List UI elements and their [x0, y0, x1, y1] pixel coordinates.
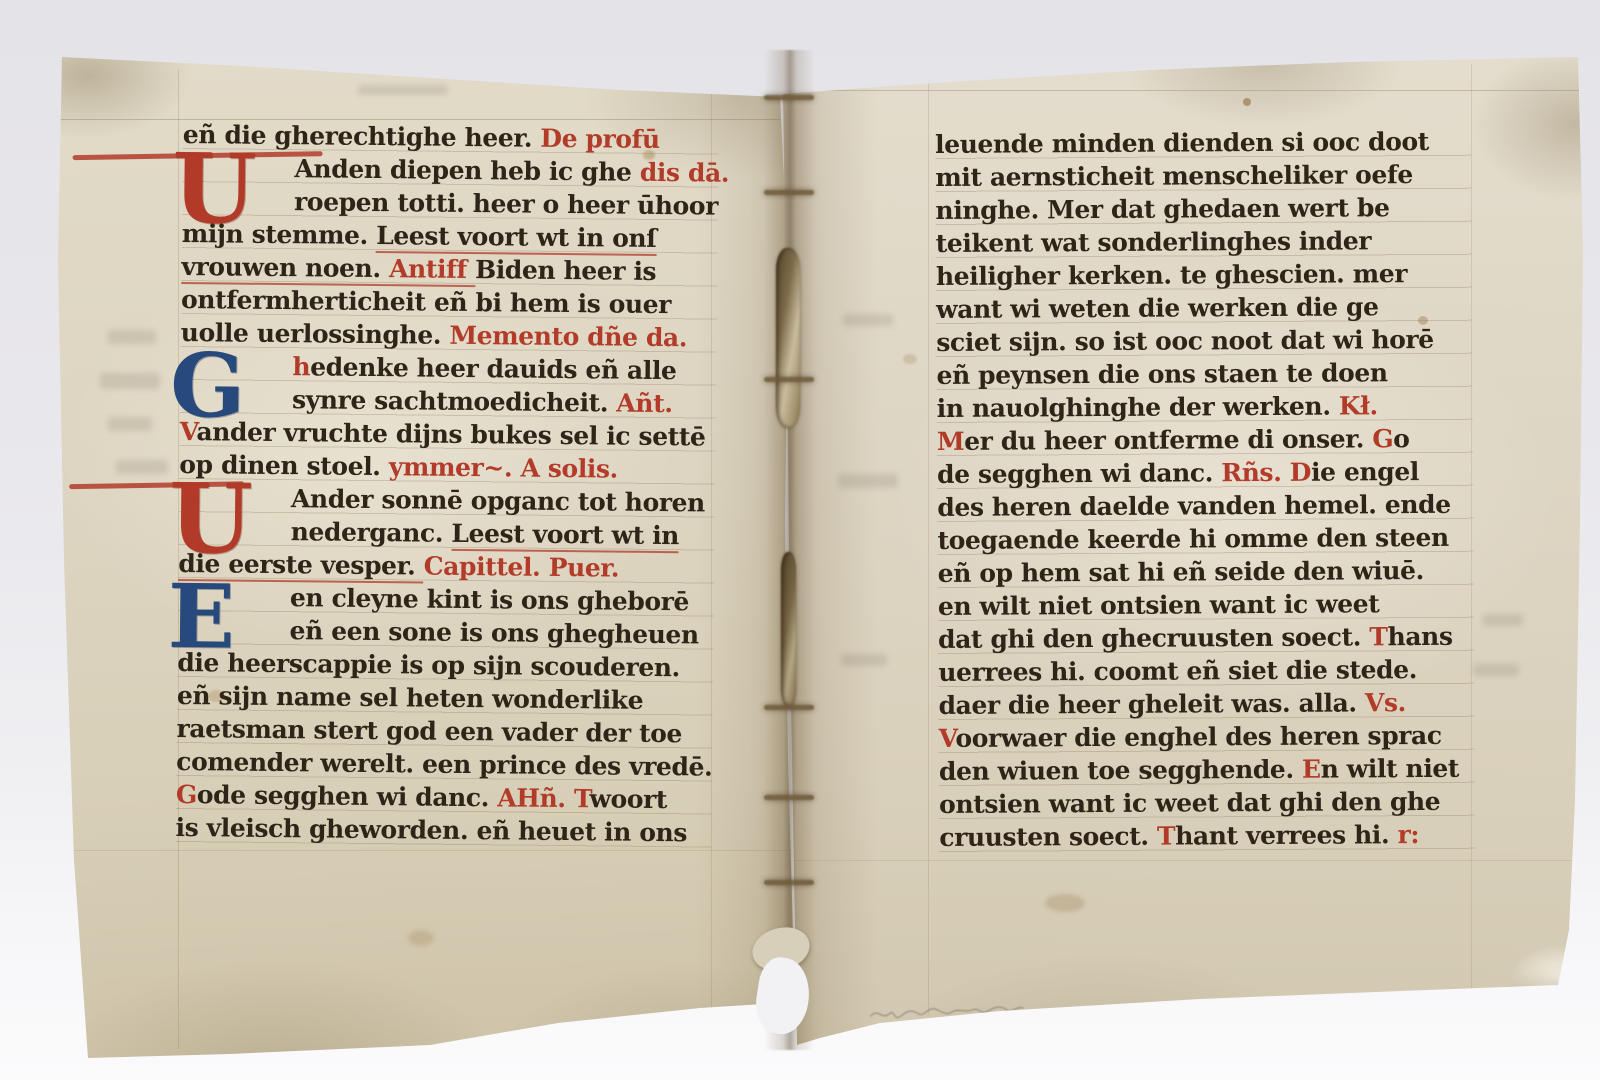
body-text: Ander sonnē opganc tot horen: [291, 484, 705, 517]
parchment-stain: [408, 930, 434, 946]
manuscript-text-line: eñ een sone is ons ghegheuen: [177, 613, 713, 652]
body-text: ontsien want ic weet dat ghi den ghe: [939, 787, 1440, 819]
manuscript-text-line: eñ op hem sat hi eñ seide den wiuē.: [938, 554, 1474, 590]
body-text: eñ sijn name sel heten wonderlike: [177, 681, 644, 715]
body-text: mijn stemme.: [182, 219, 377, 250]
body-text: uerrees hi. coomt eñ siet die stede.: [938, 655, 1417, 687]
manuscript-text-line: dat ghi den ghecruusten soect. Thans: [938, 620, 1474, 656]
manuscript-text-line: eñ peynsen die ons staen te doen: [936, 356, 1472, 392]
manuscript-text-line: en wilt niet ontsien want ic weet: [938, 587, 1474, 623]
body-text: edenke heer dauids eñ alle: [310, 352, 677, 385]
rubric-text: Memento dñe da.: [449, 321, 687, 352]
body-text: eñ een sone is ons ghegheuen: [289, 616, 698, 649]
pencil-inscription: [863, 994, 1053, 1030]
manuscript-text-line: raetsman stert god een vader der toe: [176, 712, 712, 751]
manuscript-text-line: vrouwen noen. Antiff Biden heer is: [181, 250, 717, 289]
body-text: er du heer ontferme di onser.: [964, 424, 1372, 455]
manuscript-text-line: mit aernsticheit menscheliker oefe: [935, 158, 1471, 194]
body-text: Anden diepen heb ic ghe: [294, 154, 640, 187]
body-text: ander vruchte dijns bukes sel ic settē: [196, 417, 705, 451]
body-text: nederganc.: [291, 517, 452, 548]
body-text: eñ die gherechtighe heer.: [183, 120, 541, 153]
body-text: die heerscappie is op sijn scouderen.: [177, 648, 680, 682]
manuscript-text-line: synre sachtmoedicheit. Añt.: [180, 382, 716, 421]
body-text: cruusten soect.: [939, 822, 1157, 852]
body-text: o: [1393, 424, 1409, 453]
highlighted-capital: V: [180, 417, 197, 446]
manuscript-text-line: roepen totti. heer o heer ūhoor: [182, 184, 718, 223]
body-text: oorwaer die enghel des heren sprac: [955, 721, 1441, 753]
manuscript-text-line: Voorwaer die enghel des heren sprac: [939, 719, 1475, 755]
body-text: ie engel: [1311, 457, 1419, 487]
manuscript-text-line: uolle uerlossinghe. Memento dñe da.: [181, 316, 717, 355]
rubric-text: Capittel. Puer.: [424, 552, 620, 583]
manuscript-text-line: die eerste vesper. Capittel. Puer.: [178, 547, 714, 586]
manuscript-photo: eñ die gherechtighe heer. De profūAnden …: [0, 0, 1600, 1080]
manuscript-text-line: en cleyne kint is ons gheborē: [178, 580, 714, 619]
body-text: comender werelt. een prince des vredē.: [176, 747, 712, 782]
body-text: leuende minden dienden si ooc doot: [935, 127, 1429, 159]
manuscript-text-line: des heren daelde vanden hemel. ende: [937, 488, 1473, 524]
highlighted-capital: M: [937, 427, 964, 456]
manuscript-text-line: is vleisch gheworden. eñ heuet in ons: [175, 811, 711, 850]
body-text: des heren daelde vanden hemel. ende: [937, 490, 1451, 522]
body-text: op dinen stoel.: [179, 450, 389, 481]
show-through-mark: [1473, 664, 1519, 676]
parchment-stain: [1045, 894, 1085, 912]
manuscript-text-line: Ander sonnē opganc tot horen: [179, 481, 715, 520]
manuscript-text-line: Mer du heer ontferme di onser. Go: [937, 422, 1473, 458]
rubric-text: AHñ.: [497, 783, 574, 813]
body-text: heiligher kerken. te ghescien. mer: [936, 259, 1407, 291]
show-through-mark: [358, 85, 448, 95]
manuscript-text-line: leuende minden dienden si ooc doot: [935, 125, 1471, 161]
highlighted-capital: D: [1290, 458, 1311, 487]
manuscript-text-line: die heerscappie is op sijn scouderen.: [177, 646, 713, 685]
highlighted-capital: h: [292, 352, 310, 381]
highlighted-capital: G: [1372, 424, 1393, 453]
body-text: roepen totti. heer o heer ūhoor: [294, 187, 718, 220]
manuscript-text-line: de segghen wi danc. Rñs. Die engel: [937, 455, 1473, 491]
rubric-text: Rñs.: [1221, 458, 1290, 487]
manuscript-text-line: eñ sijn name sel heten wonderlike: [177, 679, 713, 718]
body-text: raetsman stert god een vader der toe: [176, 714, 682, 748]
highlighted-capital: T: [1157, 822, 1175, 851]
highlighted-capital: V: [939, 724, 956, 753]
show-through-mark: [100, 373, 160, 389]
manuscript-text-line: ninghe. Mer dat ghedaen wert be: [935, 191, 1471, 227]
show-through-mark: [841, 654, 887, 666]
manuscript-text-line: cruusten soect. Thant verrees hi. r:: [939, 818, 1475, 854]
rubric-text: r:: [1398, 820, 1420, 849]
left-vellum-leaf: eñ die gherechtighe heer. De profūAnden …: [58, 55, 795, 1061]
body-text: mit aernsticheit menscheliker oefe: [935, 160, 1413, 192]
rubric-text: De profū: [540, 124, 660, 154]
manuscript-text-line: in nauolghinghe der werken. Kł.: [937, 389, 1473, 425]
body-text: uolle uerlossinghe.: [181, 318, 450, 350]
show-through-mark: [1483, 614, 1523, 626]
body-text: n wilt niet: [1321, 754, 1460, 784]
show-through-mark: [116, 460, 168, 474]
manuscript-text-line: want wi weten die werken die ge: [936, 290, 1472, 326]
manuscript-text-line: mijn stemme. Leest voort wt in onſ: [182, 217, 718, 256]
body-text: ode segghen wi danc.: [197, 780, 498, 812]
body-text: en wilt niet ontsien want ic weet: [938, 589, 1380, 621]
manuscript-text-line: toegaende keerde hi omme den steen: [937, 521, 1473, 557]
body-text: eñ op hem sat hi eñ seide den wiuē.: [938, 556, 1424, 588]
manuscript-text-line: uerrees hi. coomt eñ siet die stede.: [938, 653, 1474, 689]
body-text: eñ peynsen die ons staen te doen: [936, 358, 1387, 390]
manuscript-text-line: ontsien want ic weet dat ghi den ghe: [939, 785, 1475, 821]
right-vellum-leaf: leuende minden dienden si ooc dootmit ae…: [783, 54, 1584, 1045]
show-through-mark: [108, 417, 152, 431]
body-text: Leest voort wt in: [451, 519, 679, 553]
show-through-mark: [843, 314, 893, 326]
body-text: sciet sijn. so ist ooc noot dat wi horē: [936, 325, 1434, 357]
parchment-stain: [903, 354, 917, 364]
body-text: de segghen wi danc.: [937, 458, 1221, 489]
manuscript-text-line: heiligher kerken. te ghescien. mer: [936, 257, 1472, 293]
right-text-block: leuende minden dienden si ooc dootmit ae…: [935, 125, 1475, 856]
left-text-block: eñ die gherechtighe heer. De profūAnden …: [175, 118, 719, 854]
show-through-mark: [528, 67, 648, 79]
body-text: hant verrees hi.: [1175, 820, 1398, 850]
body-text: synre sachtmoedicheit.: [292, 385, 617, 417]
body-text: dat ghi den ghecruusten soect.: [938, 622, 1369, 654]
manuscript-text-line: Vander vruchte dijns bukes sel ic settē: [180, 415, 716, 454]
rubric-text: Antiff: [389, 254, 475, 287]
highlighted-capital: T: [1369, 622, 1387, 651]
body-text: den wiuen toe segghende.: [939, 755, 1302, 786]
ruling-line-left: [928, 64, 929, 1014]
ruling-line-top: [783, 90, 1584, 91]
body-text: en cleyne kint is ons gheborē: [290, 583, 689, 616]
rubric-text: ymmer~. A solis.: [389, 452, 618, 483]
show-through-mark: [838, 474, 898, 488]
body-text: want wi weten die werken die ge: [936, 292, 1379, 324]
manuscript-text-line: Anden diepen heb ic ghe dis dā.: [182, 151, 718, 190]
manuscript-text-line: Gode segghen wi danc. AHñ. Twoort: [176, 778, 712, 817]
body-text: in nauolghinghe der werken.: [937, 392, 1339, 423]
highlighted-capital: E: [1302, 755, 1321, 784]
rubric-text: Kł.: [1339, 391, 1378, 420]
body-text: hans: [1387, 622, 1452, 651]
body-text: daer die heer gheleit was. alla.: [938, 688, 1365, 720]
manuscript-text-line: comender werelt. een prince des vredē.: [176, 745, 712, 784]
manuscript-text-line: nederganc. Leest voort wt in: [179, 514, 715, 553]
highlighted-capital: T: [574, 784, 590, 813]
manuscript-text-line: den wiuen toe segghende. En wilt niet: [939, 752, 1475, 788]
show-through-mark: [108, 330, 156, 344]
body-text: woort: [589, 784, 667, 814]
body-text: Leest voort wt in onſ: [376, 221, 657, 256]
body-text: vrouwen noen.: [181, 252, 389, 286]
manuscript-text-line: eñ die gherechtighe heer. De profū: [183, 118, 719, 157]
manuscript-text-line: hedenke heer dauids eñ alle: [180, 349, 716, 388]
manuscript-text-line: ontfermherticheit eñ bi hem is ouer: [181, 283, 717, 322]
ruling-line-bottom: [783, 860, 1584, 861]
rubric-text: Vs.: [1365, 688, 1406, 717]
manuscript-text-line: sciet sijn. so ist ooc noot dat wi horē: [936, 323, 1472, 359]
body-text: toegaende keerde hi omme den steen: [937, 523, 1448, 555]
parchment-stain: [1243, 98, 1251, 106]
highlighted-capital: G: [176, 780, 197, 809]
body-text: die eerste vesper.: [178, 549, 424, 584]
manuscript-text-line: teikent wat sonderlinghes inder: [936, 224, 1472, 260]
manuscript-text-line: op dinen stoel. ymmer~. A solis.: [179, 448, 715, 487]
rubric-text: Añt.: [616, 389, 673, 419]
body-text: ontfermherticheit eñ bi hem is ouer: [181, 285, 671, 319]
body-text: teikent wat sonderlinghes inder: [936, 226, 1372, 258]
manuscript-text-line: daer die heer gheleit was. alla. Vs.: [938, 686, 1474, 722]
body-text: ninghe. Mer dat ghedaen wert be: [935, 193, 1389, 225]
body-text: Biden heer is: [475, 255, 656, 286]
rubric-text: dis dā.: [640, 158, 730, 188]
body-text: is vleisch gheworden. eñ heuet in ons: [175, 813, 687, 847]
